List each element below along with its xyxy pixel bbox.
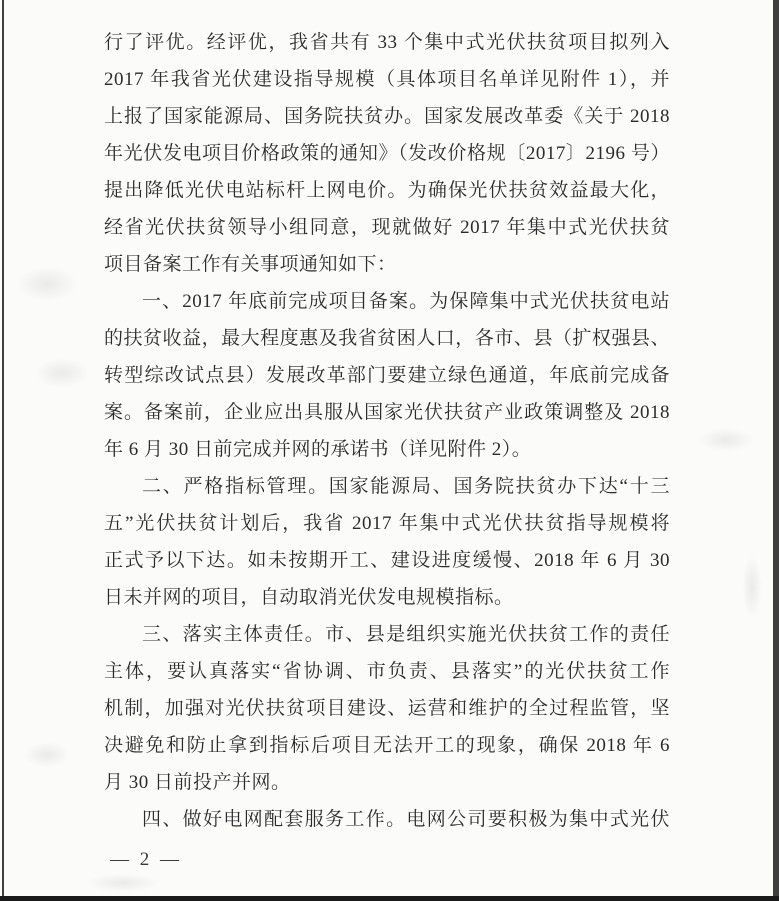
text-line: 日未并网的项目，自动取消光伏发电规模指标。 [104, 579, 670, 616]
text-line: 主体，要认真落实“省协调、市负责、县落实”的光伏扶贫工作 [104, 653, 670, 690]
scan-smudge [16, 266, 78, 302]
text-line: 上报了国家能源局、国务院扶贫办。国家发展改革委《关于 2018 [104, 98, 670, 135]
scan-smudge [742, 555, 762, 619]
scan-smudge [86, 874, 160, 892]
text-line: 机制，加强对光伏扶贫项目建设、运营和维护的全过程监管，坚 [104, 690, 670, 727]
text-line: 决避免和防止拿到指标后项目无法开工的现象，确保 2018 年 6 [104, 727, 670, 764]
scan-smudge [698, 428, 754, 452]
document-text: 行了评优。经评优，我省共有 33 个集中式光伏扶贫项目拟列入2017 年我省光伏… [104, 24, 670, 838]
text-line: 二、严格指标管理。国家能源局、国务院扶贫办下达“十三 [104, 468, 670, 505]
text-line: 三、落实主体责任。市、县是组织实施光伏扶贫工作的责任 [104, 616, 670, 653]
page-number: — 2 — [110, 849, 182, 871]
text-line: 的扶贫收益，最大程度惠及我省贫困人口，各市、县（扩权强县、 [104, 320, 670, 357]
text-line: 经省光伏扶贫领导小组同意，现就做好 2017 年集中式光伏扶贫 [104, 209, 670, 246]
text-line: 年 6 月 30 日前完成并网的承诺书（详见附件 2）。 [104, 431, 670, 468]
text-line: 年光伏发电项目价格政策的通知》（发改价格规〔2017〕2196 号） [104, 135, 670, 172]
scan-smudge [24, 742, 70, 768]
text-line: 五”光伏扶贫计划后，我省 2017 年集中式光伏扶贫指导规模将 [104, 505, 670, 542]
text-line: 2017 年我省光伏建设指导规模（具体项目名单详见附件 1），并 [104, 61, 670, 98]
text-line: 案。备案前，企业应出具服从国家光伏扶贫产业政策调整及 2018 [104, 394, 670, 431]
scan-smudge [34, 358, 90, 388]
scan-edge-right-band [773, 0, 779, 901]
text-line: 一、2017 年底前完成项目备案。为保障集中式光伏扶贫电站 [104, 283, 670, 320]
scan-edge-left-line [2, 0, 4, 901]
text-line: 提出降低光伏电站标杆上网电价。为确保光伏扶贫效益最大化， [104, 172, 670, 209]
text-line: 四、做好电网配套服务工作。电网公司要积极为集中式光伏 [104, 801, 670, 838]
text-line: 转型综改试点县）发展改革部门要建立绿色通道，年底前完成备 [104, 357, 670, 394]
text-line: 项目备案工作有关事项通知如下： [104, 246, 670, 283]
text-line: 月 30 日前投产并网。 [104, 764, 670, 801]
scan-edge-bottom-band [0, 896, 779, 901]
scanned-page: 行了评优。经评优，我省共有 33 个集中式光伏扶贫项目拟列入2017 年我省光伏… [0, 0, 779, 901]
text-line: 行了评优。经评优，我省共有 33 个集中式光伏扶贫项目拟列入 [104, 24, 670, 61]
text-line: 正式予以下达。如未按期开工、建设进度缓慢、2018 年 6 月 30 [104, 542, 670, 579]
